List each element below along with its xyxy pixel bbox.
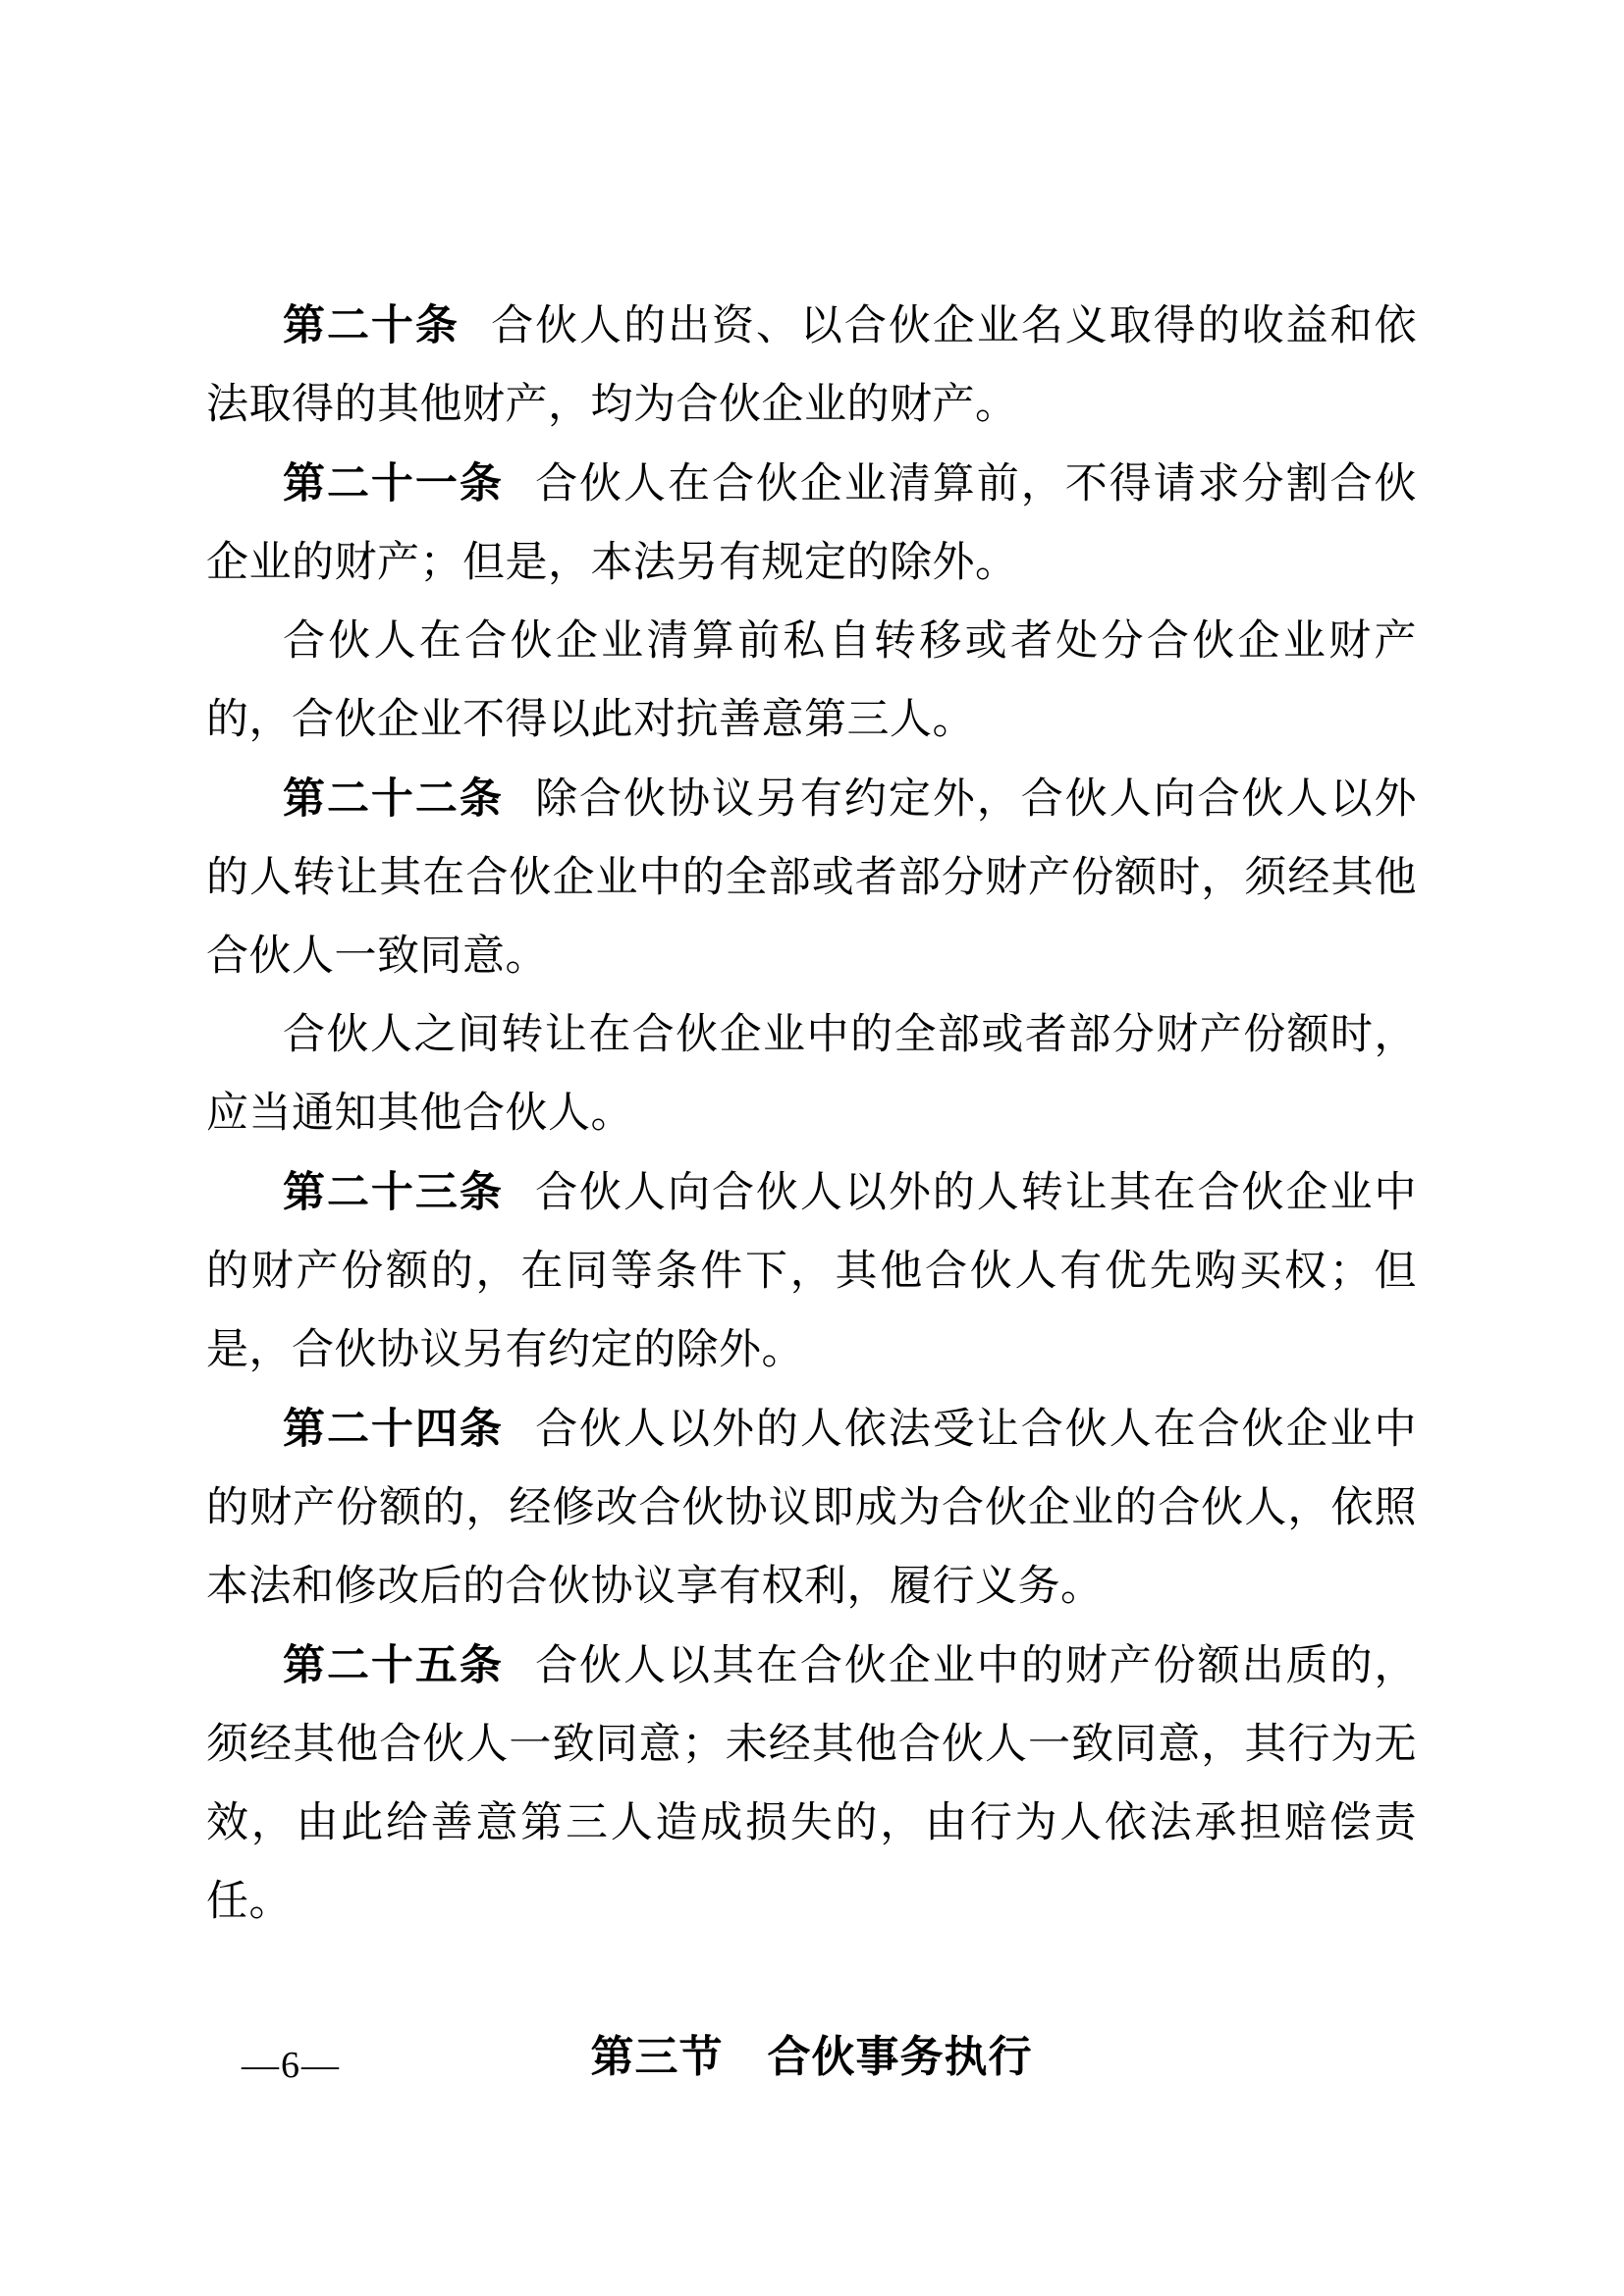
document-page: 第二十条合伙人的出资、以合伙企业名义取得的收益和依法取得的其他财产，均为合伙企业… (0, 0, 1624, 2296)
article-22-number: 第二十二条 (283, 775, 504, 823)
article-20-number: 第二十条 (283, 302, 460, 349)
article-25-paragraph: 第二十五条合伙人以其在合伙企业中的财产份额出质的，须经其他合伙人一致同意；未经其… (206, 1627, 1417, 1942)
article-21-paragraph-1: 第二十一条合伙人在合伙企业清算前，不得请求分割合伙企业的财产；但是，本法另有规定… (206, 445, 1417, 603)
article-21-paragraph-2: 合伙人在合伙企业清算前私自转移或者处分合伙企业财产的，合伙企业不得以此对抗善意第… (206, 603, 1417, 760)
article-21-text-2: 合伙人在合伙企业清算前私自转移或者处分合伙企业财产的，合伙企业不得以此对抗善意第… (206, 618, 1417, 743)
article-20-paragraph: 第二十条合伙人的出资、以合伙企业名义取得的收益和依法取得的其他财产，均为合伙企业… (206, 287, 1417, 445)
article-21-number: 第二十一条 (283, 460, 504, 507)
law-text-block: 第二十条合伙人的出资、以合伙企业名义取得的收益和依法取得的其他财产，均为合伙企业… (206, 287, 1417, 2097)
article-22-text-2: 合伙人之间转让在合伙企业中的全部或者部分财产份额时，应当通知其他合伙人。 (206, 1012, 1417, 1137)
article-24-number: 第二十四条 (283, 1406, 504, 1453)
article-24-paragraph: 第二十四条合伙人以外的人依法受让合伙人在合伙企业中的财产份额的，经修改合伙协议即… (206, 1390, 1417, 1627)
article-23-number: 第二十三条 (283, 1169, 504, 1216)
article-22-paragraph-2: 合伙人之间转让在合伙企业中的全部或者部分财产份额时，应当通知其他合伙人。 (206, 996, 1417, 1153)
page-number: —6— (242, 2044, 341, 2087)
section-heading: 第三节 合伙事务执行 (206, 2018, 1417, 2097)
article-25-number: 第二十五条 (283, 1642, 504, 1689)
article-22-paragraph-1: 第二十二条除合伙协议另有约定外，合伙人向合伙人以外的人转让其在合伙企业中的全部或… (206, 760, 1417, 996)
article-23-paragraph: 第二十三条合伙人向合伙人以外的人转让其在合伙企业中的财产份额的，在同等条件下，其… (206, 1153, 1417, 1390)
